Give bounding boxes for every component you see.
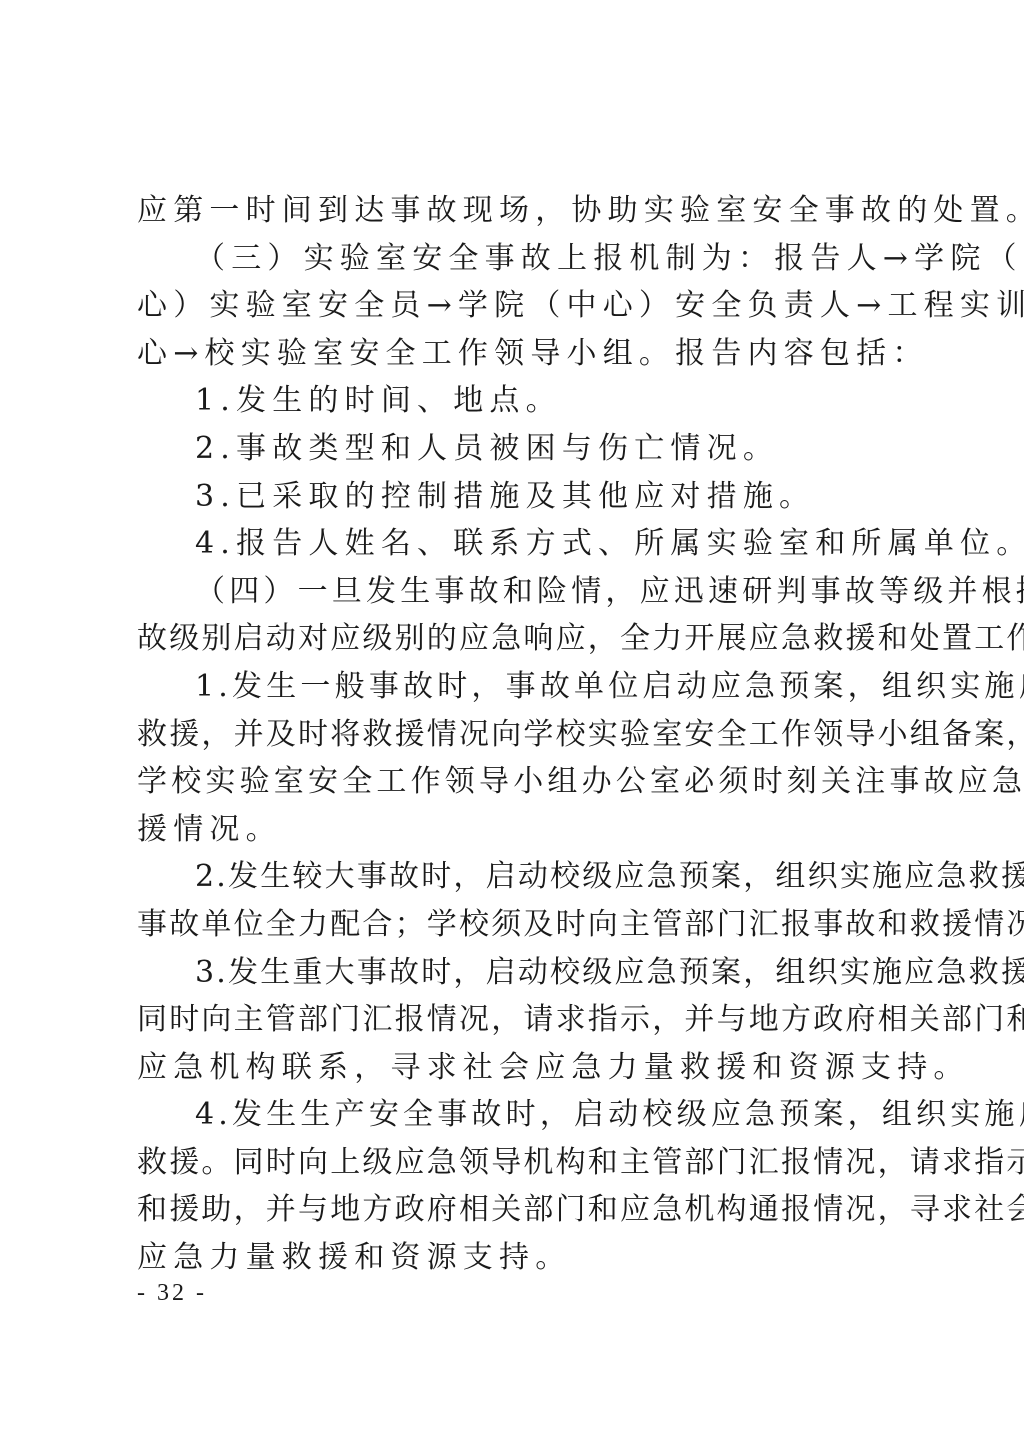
- response-item-4: 4.发生生产安全事故时，启动校级应急预案，组织实施应急: [137, 1091, 897, 1139]
- paragraph-line: 救援，并及时将救援情况向学校实验室安全工作领导小组备案，: [137, 711, 897, 759]
- list-item-4: 4.报告人姓名、联系方式、所属实验室和所属单位。: [137, 520, 897, 568]
- paragraph-line: 救援。同时向上级应急领导机构和主管部门汇报情况，请求指示: [137, 1139, 897, 1187]
- section-heading-three: （三）实验室安全事故上报机制为：报告人→学院（中: [137, 235, 897, 283]
- response-item-1: 1.发生一般事故时，事故单位启动应急预案，组织实施应急: [137, 663, 897, 711]
- page-number: - 32 -: [137, 1280, 207, 1307]
- paragraph-line: 心→校实验室安全工作领导小组。报告内容包括：: [137, 330, 897, 378]
- paragraph-line: 学校实验室安全工作领导小组办公室必须时刻关注事故应急救: [137, 758, 897, 806]
- paragraph-line: 同时向主管部门汇报情况，请求指示，并与地方政府相关部门和: [137, 996, 897, 1044]
- paragraph-line: 应急机构联系，寻求社会应急力量救援和资源支持。: [137, 1044, 897, 1092]
- document-body: 应第一时间到达事故现场，协助实验室安全事故的处置。 （三）实验室安全事故上报机制…: [137, 187, 897, 1282]
- paragraph-line: 应第一时间到达事故现场，协助实验室安全事故的处置。: [137, 187, 897, 235]
- response-item-2: 2.发生较大事故时，启动校级应急预案，组织实施应急救援，: [137, 853, 897, 901]
- paragraph-line: 故级别启动对应级别的应急响应，全力开展应急救援和处置工作。: [137, 615, 897, 663]
- list-item-1: 1.发生的时间、地点。: [137, 377, 897, 425]
- list-item-2: 2.事故类型和人员被困与伤亡情况。: [137, 425, 897, 473]
- response-item-3: 3.发生重大事故时，启动校级应急预案，组织实施应急救援，: [137, 949, 897, 997]
- paragraph-line: 事故单位全力配合；学校须及时向主管部门汇报事故和救援情况。: [137, 901, 897, 949]
- paragraph-line: 援情况。: [137, 806, 897, 854]
- paragraph-line: 应急力量救援和资源支持。: [137, 1234, 897, 1282]
- paragraph-line: 心）实验室安全员→学院（中心）安全负责人→工程实训中: [137, 282, 897, 330]
- paragraph-line: 和援助，并与地方政府相关部门和应急机构通报情况，寻求社会: [137, 1186, 897, 1234]
- list-item-3: 3.已采取的控制措施及其他应对措施。: [137, 473, 897, 521]
- section-heading-four: （四）一旦发生事故和险情，应迅速研判事故等级并根据事: [137, 568, 897, 616]
